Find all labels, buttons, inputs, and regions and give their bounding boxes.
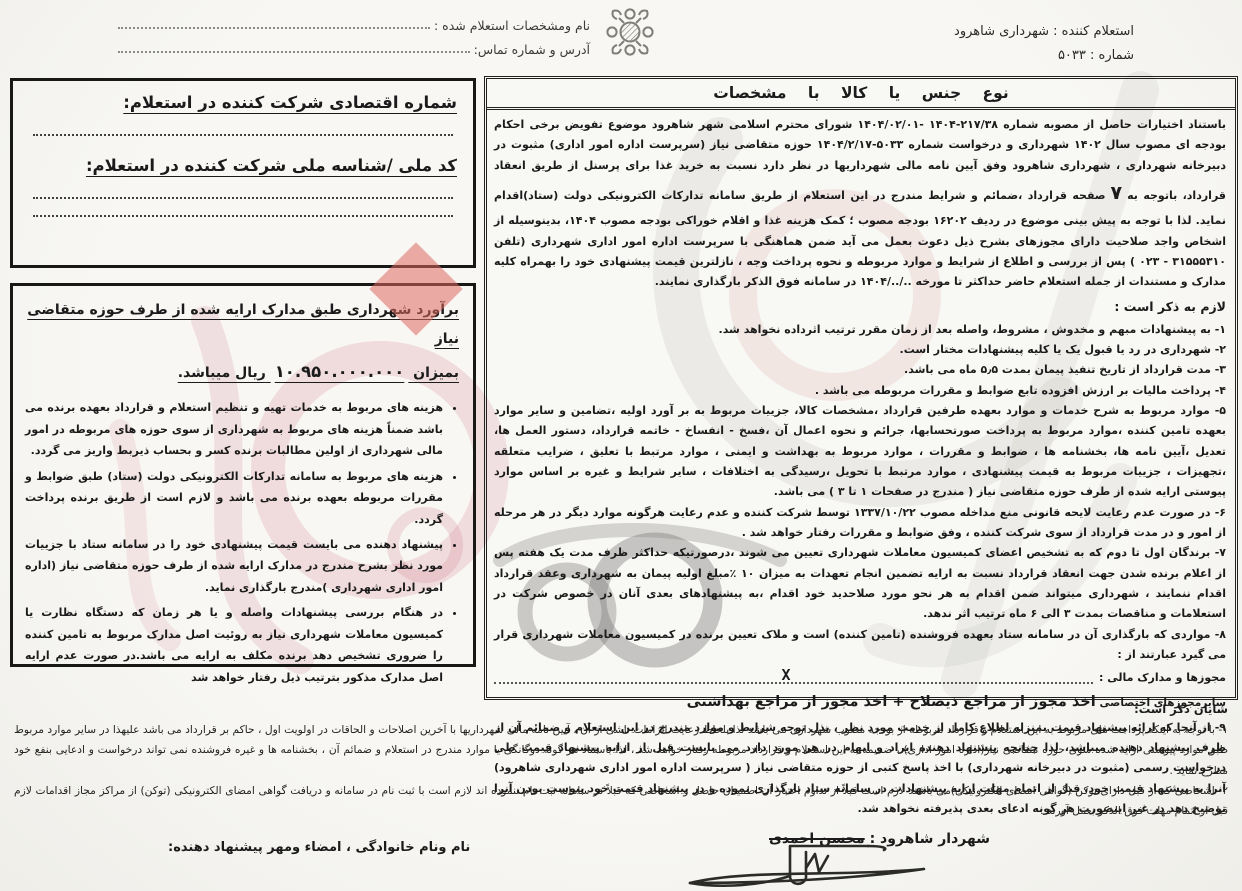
footer-notable-title: شایان ذکر است: xyxy=(1134,702,1228,716)
estimate-line-2: بمیزان ۱۰.۹۵۰.۰۰۰.۰۰۰ ریال میباشد. xyxy=(178,365,459,381)
intro-paragraph: باستناد اختیارات حاصل از مصوبه شماره ۲۱۷… xyxy=(494,115,1226,293)
special-licenses-row: سایرمجوزهای اختصاصی اخذ مجوز از مراجع ذی… xyxy=(494,689,1226,716)
header-inquirer-block: استعلام کننده : شهرداری شاهرود شماره : ۵… xyxy=(954,20,1134,68)
notes-title: لازم به ذکر است : xyxy=(494,295,1226,318)
contract-pages-count: ۷ xyxy=(1106,182,1128,204)
dotted-line xyxy=(33,134,453,136)
estimate-suffix: ریال میباشد. xyxy=(178,365,266,381)
footer-note-2: ۲- اشخاصی که از قبل دارای توکن (گواهی ام… xyxy=(14,781,1228,822)
main-inquiry-box: نوع جنس یا کالا با مشخصات باستناد اختیار… xyxy=(484,76,1238,700)
economic-code-box: شماره اقتصادی شرکت کننده در استعلام: کد … xyxy=(10,78,476,268)
estimate-prefix: بمیزان xyxy=(413,365,459,381)
national-id-label: کد ملی /شناسه ملی شرکت کننده در استعلام: xyxy=(29,156,457,175)
mayor-signature xyxy=(672,838,942,890)
handwritten-licenses-note: اخذ مجوز از مراجع ذیصلاح + اخذ مجوز از م… xyxy=(687,694,1096,710)
main-body-text: باستناد اختیارات حاصل از مصوبه شماره ۲۱۷… xyxy=(487,110,1235,819)
handwritten-x-mark: X xyxy=(782,662,791,690)
estimate-bullet-list: هزینه های مربوط به خدمات تهیه و تنظیم اس… xyxy=(25,397,457,688)
intro-bold-phrase: کمک هزینه غذا و اقلام خوراکی بودجه مصوب … xyxy=(569,214,845,227)
scanned-inquiry-document: استعلام کننده : شهرداری شاهرود شماره : ۵… xyxy=(0,0,1242,891)
supplier-address-label: آدرس و شماره تماس: xyxy=(470,42,590,57)
municipality-logo-icon xyxy=(594,3,666,61)
estimate-bullet-1: هزینه های مربوط به خدمات تهیه و تنظیم اس… xyxy=(25,397,443,461)
supplier-address-row: آدرس و شماره تماس: xyxy=(118,42,590,57)
proposer-signature-label: نام ونام خانوادگی ، امضاء ومهر پیشنهاد د… xyxy=(168,840,470,855)
note-item-4: ۴- پرداخت مالیات بر ارزش افزوده تابع ضوا… xyxy=(494,381,1226,401)
economic-code-label: شماره اقتصادی شرکت کننده در استعلام: xyxy=(29,93,457,112)
note-item-3: ۳- مدت قرارداد از تاریخ تنفیذ پیمان بمدت… xyxy=(494,360,1226,380)
note-item-8: ۸- مواردی که بارگذاری آن در سامانه ستاد … xyxy=(494,625,1226,666)
note-item-6: ۶- در صورت عدم رعایت لایحه قانونی منع مد… xyxy=(494,503,1226,544)
inquirer-line: استعلام کننده : شهرداری شاهرود xyxy=(954,20,1134,44)
dotted-line xyxy=(33,197,453,199)
note-item-2: ۲- شهرداری در رد یا قبول یک یا کلیه پیشن… xyxy=(494,340,1226,360)
dotted-line xyxy=(118,51,470,53)
note-item-7: ۷- برندگان اول تا دوم که به تشخیص اعضای … xyxy=(494,543,1226,624)
footer-note-1: ۱- با توجه به اینکه پرداخت های مربوط به … xyxy=(14,720,1228,781)
goods-type-title: نوع جنس یا کالا با مشخصات xyxy=(487,79,1235,110)
header-supplier-block: نام ومشخصات استعلام شده : آدرس و شماره ت… xyxy=(118,18,590,66)
dotted-line: X xyxy=(494,682,1093,684)
dotted-line xyxy=(118,27,430,29)
estimate-amount: ۱۰.۹۵۰.۰۰۰.۰۰۰ xyxy=(271,362,409,381)
financial-docs-row: مجوزها و مدارک مالی : X xyxy=(494,668,1226,688)
inquiry-number-line: شماره : ۵۰۳۳ xyxy=(954,44,1134,68)
estimate-bullet-2: هزینه های مربوط به سامانه تدارکات الکترو… xyxy=(25,466,443,530)
supplier-name-label: نام ومشخصات استعلام شده : xyxy=(430,18,590,33)
estimate-title: برآورد شهرداری طبق مدارک ارایه شده از طر… xyxy=(25,296,459,389)
note-item-1: ۱- به پیشنهادات مبهم و مخدوش ، مشروط، وا… xyxy=(494,320,1226,340)
estimate-line-1: برآورد شهرداری طبق مدارک ارایه شده از طر… xyxy=(27,302,459,347)
estimate-box: برآورد شهرداری طبق مدارک ارایه شده از طر… xyxy=(10,283,476,667)
estimate-bullet-4: در هنگام بررسی پیشنهادات واصله و یا هر ز… xyxy=(25,602,443,688)
supplier-name-row: نام ومشخصات استعلام شده : xyxy=(118,18,590,33)
estimate-bullet-3: پیشنهاد دهنده می بایست قیمت پیشنهادی خود… xyxy=(25,534,443,598)
note-item-5: ۵- موارد مربوط به شرح خدمات و موارد بعهد… xyxy=(494,401,1226,503)
dotted-line xyxy=(33,215,453,217)
financial-docs-label: مجوزها و مدارک مالی : xyxy=(1093,668,1226,688)
